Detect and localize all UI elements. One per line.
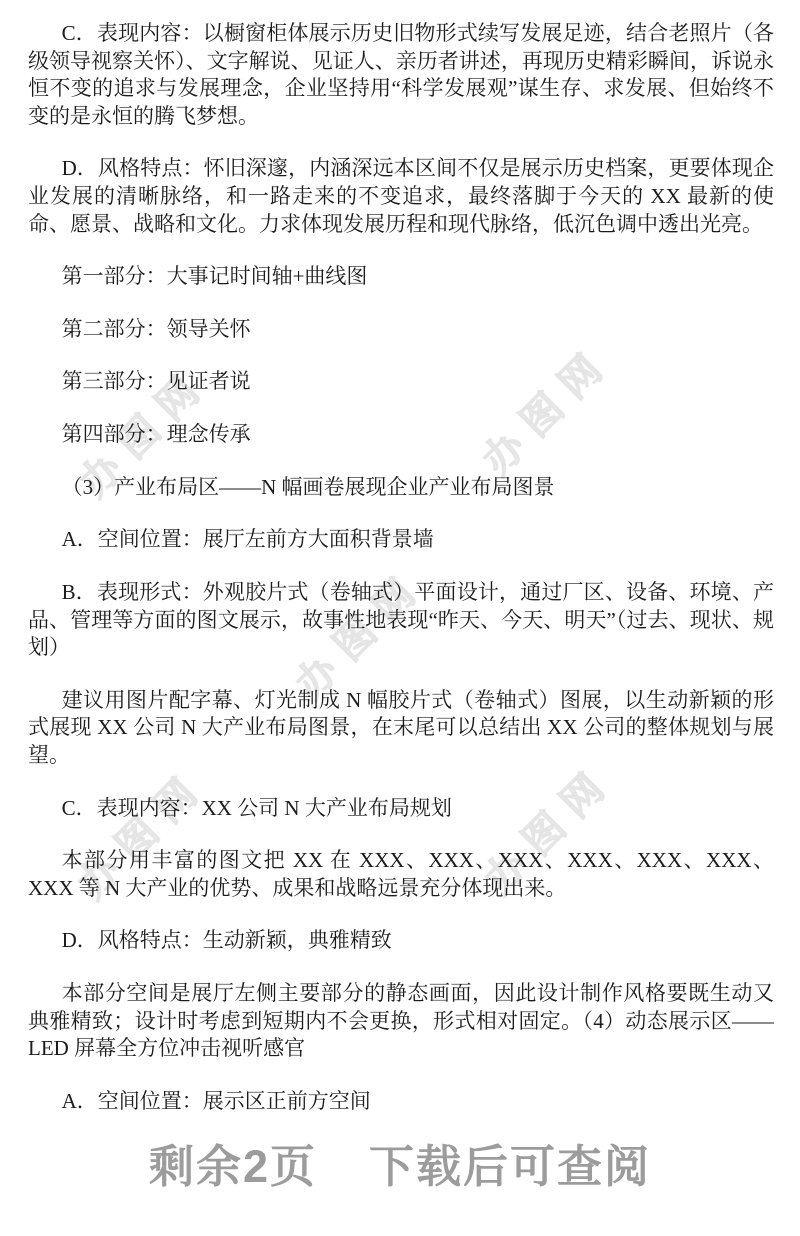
paragraph-static-picture: 本部分空间是展厅左侧主要部分的静态画面，因此设计制作风格要既生动又典雅精致；设计…: [28, 980, 774, 1063]
paragraph-c-display-content: C．表现内容：以橱窗柜体展示历史旧物形式续写发展足迹，结合老照片（各级领导视察关…: [28, 20, 774, 130]
list-part-2: 第二部分：领导关怀: [28, 316, 774, 344]
paragraph-suggestion: 建议用图片配字幕、灯光制成 N 幅胶片式（卷轴式）图展，以生动新颖的形式展现 X…: [28, 687, 774, 770]
paragraph-industry-advantages: 本部分用丰富的图文把 XX 在 XXX、XXX、XXX、XXX、XXX、XXX、…: [28, 847, 774, 902]
section-3-heading: （3）产业布局区——N 幅画卷展现企业产业布局图景: [28, 474, 774, 502]
download-hint: 下载后可查阅: [369, 1141, 651, 1192]
list-part-1: 第一部分：大事记时间轴+曲线图: [28, 263, 774, 291]
paragraph-d-style-features: D．风格特点：怀旧深邃，内涵深远本区间不仅是展示历史档案，更要体现企业发展的清晰…: [28, 155, 774, 238]
list-part-3: 第三部分：见证者说: [28, 368, 774, 396]
item-d-style-features: D．风格特点：生动新颖，典雅精致: [28, 927, 774, 955]
item-a-space-position: A．空间位置：展厅左前方大面积背景墙: [28, 526, 774, 554]
remaining-pages-notice: 剩余2页下载后可查阅: [0, 1130, 800, 1195]
list-part-4: 第四部分：理念传承: [28, 421, 774, 449]
item-b-display-form: B．表现形式：外观胶片式（卷轴式）平面设计，通过厂区、设备、环境、产品、管理等方…: [28, 579, 774, 662]
document-body: C．表现内容：以橱窗柜体展示历史旧物形式续写发展足迹，结合老照片（各级领导视察关…: [28, 20, 774, 1140]
item-a-space-position-2: A．空间位置：展示区正前方空间: [28, 1088, 774, 1116]
remaining-pages-count: 剩余2页: [149, 1141, 317, 1192]
item-c-display-content: C．表现内容：XX 公司 N 大产业布局规划: [28, 795, 774, 823]
